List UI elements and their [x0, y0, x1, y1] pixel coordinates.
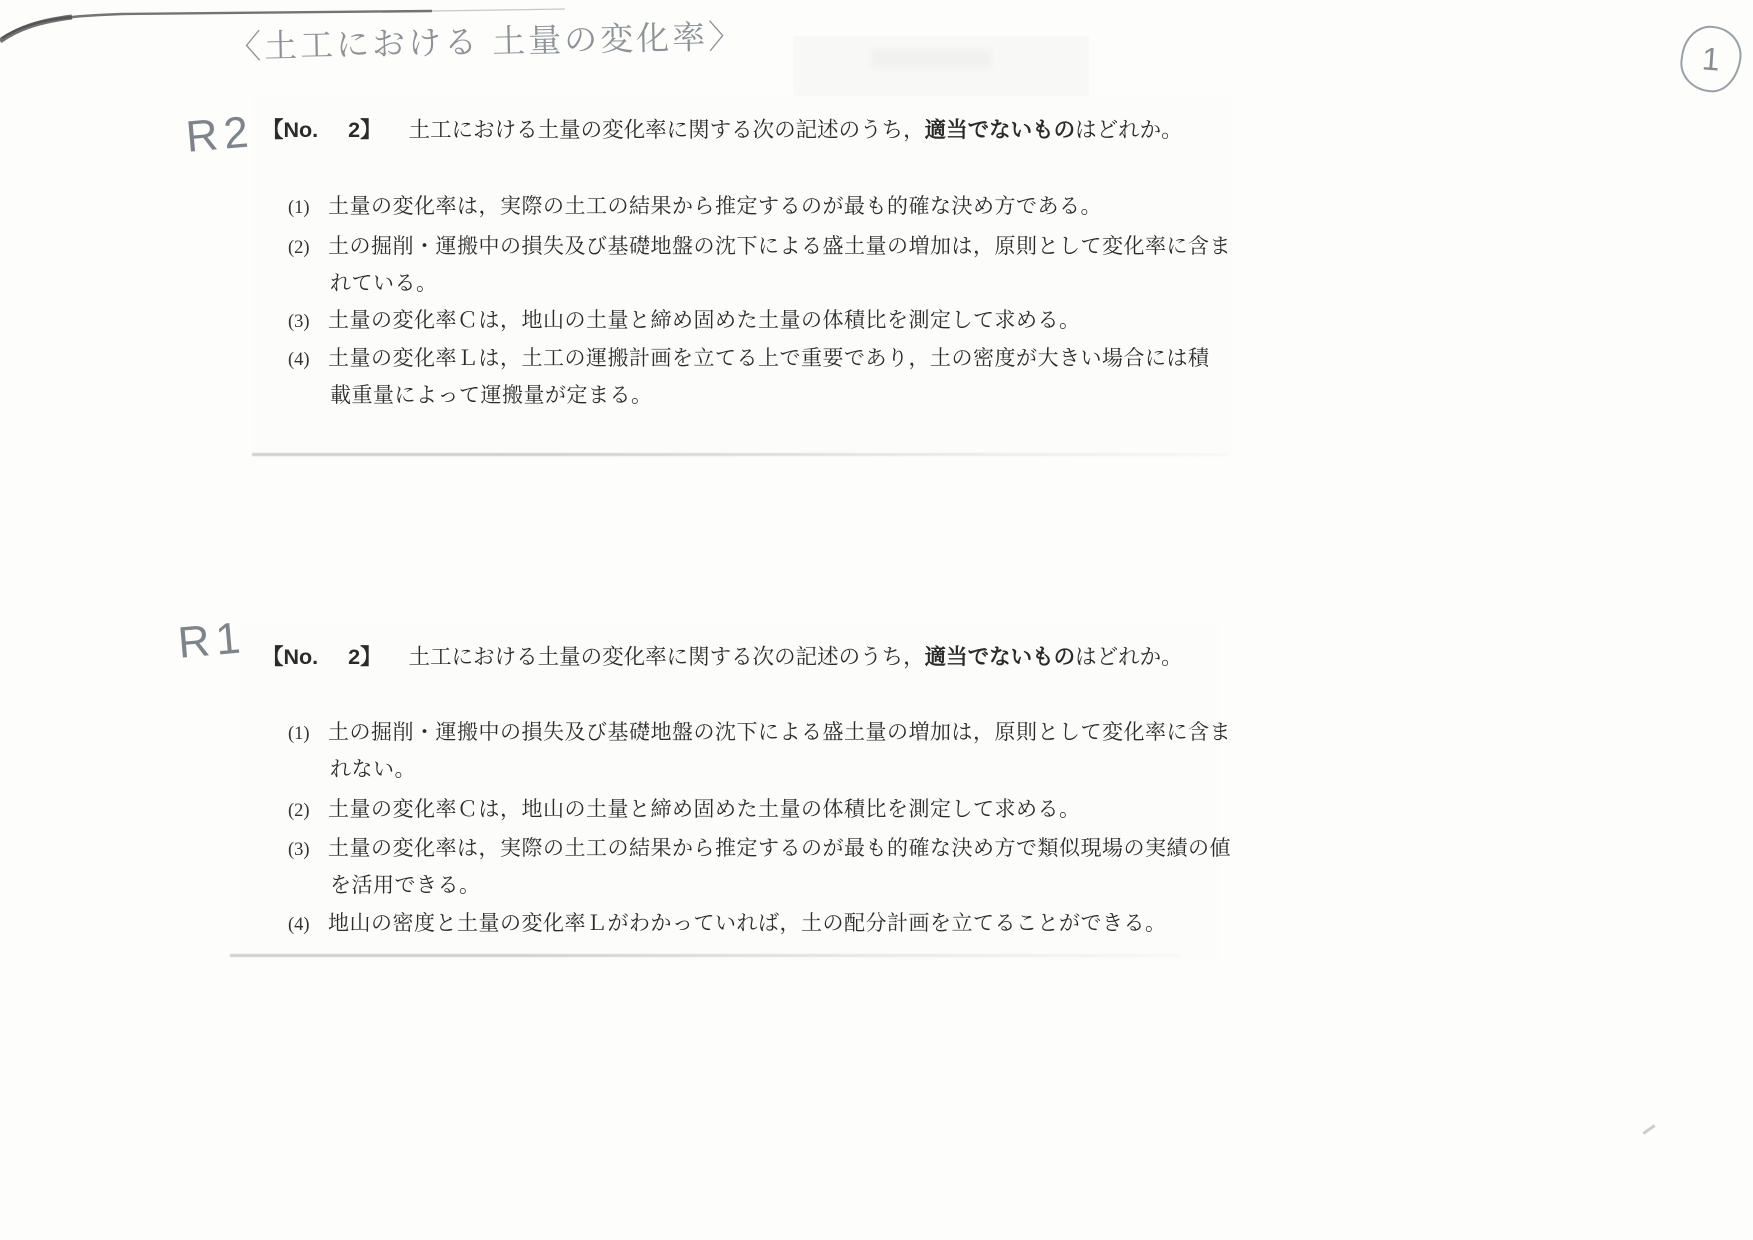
question-block-r2: 【No.2】土工における土量の変化率に関する次の記述のうち，適当でないものはどれ… — [252, 98, 1232, 458]
option-text: 土の掘削・運搬中の損失及び基礎地盤の沈下による盛土量の増加は，原則として変化率に… — [328, 234, 1231, 258]
question-text-tail: はどれか。 — [1075, 118, 1183, 142]
question-no-number: 2】 — [348, 118, 381, 142]
option-number: (2) — [288, 238, 328, 259]
question-header: 【No.2】土工における土量の変化率に関する次の記述のうち，適当でないものはどれ… — [262, 113, 1183, 144]
option-text: 土量の変化率Ｃは，地山の土量と締め固めた土量の体積比を測定して求める。 — [328, 308, 1081, 332]
option-text: 土量の変化率は，実際の土工の結果から推定するのが最も的確な決め方である。 — [328, 194, 1102, 218]
question-emphasis: 適当でないもの — [925, 118, 1076, 142]
paper-edge-line — [230, 954, 1180, 957]
option-row: (3)土量の変化率は，実際の土工の結果から推定するのが最も的確な決め方で類似現場… — [288, 832, 1231, 862]
handwritten-title: 〈土工における 土量の変化率〉 — [228, 11, 745, 69]
option-number: (1) — [288, 724, 328, 745]
scanned-page: 〈土工における 土量の変化率〉 1 R2 R1 【No.2】土工における土量の変… — [0, 0, 1753, 1240]
option-row: (4)地山の密度と土量の変化率Ｌがわかっていれば，土の配分計画を立てることができ… — [288, 907, 1167, 937]
question-text-tail: はどれか。 — [1075, 645, 1183, 669]
question-no-number: 2】 — [348, 645, 381, 669]
question-text: 土工における土量の変化率に関する次の記述のうち， — [409, 118, 925, 142]
option-number: (3) — [288, 840, 328, 861]
question-no-prefix: 【No. — [262, 118, 318, 142]
option-text: 土量の変化率は，実際の土工の結果から推定するのが最も的確な決め方で類似現場の実績… — [328, 836, 1231, 860]
question-text: 土工における土量の変化率に関する次の記述のうち， — [409, 645, 925, 669]
question-header: 【No.2】土工における土量の変化率に関する次の記述のうち，適当でないものはどれ… — [262, 640, 1183, 671]
option-number: (4) — [288, 350, 328, 371]
question-block-r1: 【No.2】土工における土量の変化率に関する次の記述のうち，適当でないものはどれ… — [240, 622, 1220, 960]
page-number: 1 — [1701, 40, 1721, 78]
question-emphasis: 適当でないもの — [925, 645, 1076, 669]
scan-speck — [1642, 1124, 1655, 1134]
bleedthrough-artifact — [793, 36, 1089, 96]
option-text: 土の掘削・運搬中の損失及び基礎地盤の沈下による盛土量の増加は，原則として変化率に… — [328, 720, 1231, 744]
option-number: (1) — [288, 198, 328, 219]
bleedthrough-blur — [871, 50, 991, 68]
option-number: (2) — [288, 801, 328, 822]
option-text: 土量の変化率Ｃは，地山の土量と締め固めた土量の体積比を測定して求める。 — [328, 797, 1081, 821]
option-number: (4) — [288, 915, 328, 936]
option-row: (2)土量の変化率Ｃは，地山の土量と締め固めた土量の体積比を測定して求める。 — [288, 793, 1081, 823]
option-continuation: れない。 — [330, 753, 416, 783]
option-continuation: れている。 — [330, 267, 438, 297]
handwritten-year-r2: R2 — [184, 107, 256, 163]
option-row: (3)土量の変化率Ｃは，地山の土量と締め固めた土量の体積比を測定して求める。 — [288, 304, 1081, 334]
option-number: (3) — [288, 312, 328, 333]
option-text: 土量の変化率Ｌは，土工の運搬計画を立てる上で重要であり，土の密度が大きい場合には… — [328, 346, 1210, 370]
option-text: 地山の密度と土量の変化率Ｌがわかっていれば，土の配分計画を立てることができる。 — [328, 911, 1167, 935]
option-continuation: 載重量によって運搬量が定まる。 — [330, 379, 653, 409]
handwritten-year-r1: R1 — [176, 613, 248, 669]
option-row: (4)土量の変化率Ｌは，土工の運搬計画を立てる上で重要であり，土の密度が大きい場… — [288, 342, 1210, 372]
question-no-prefix: 【No. — [262, 645, 318, 669]
option-continuation: を活用できる。 — [330, 869, 481, 899]
page-number-badge: 1 — [1677, 22, 1746, 96]
option-row: (2)土の掘削・運搬中の損失及び基礎地盤の沈下による盛土量の増加は，原則として変… — [288, 230, 1231, 260]
option-row: (1)土量の変化率は，実際の土工の結果から推定するのが最も的確な決め方である。 — [288, 190, 1102, 220]
paper-edge-line — [252, 453, 1227, 456]
option-row: (1)土の掘削・運搬中の損失及び基礎地盤の沈下による盛土量の増加は，原則として変… — [288, 716, 1231, 746]
